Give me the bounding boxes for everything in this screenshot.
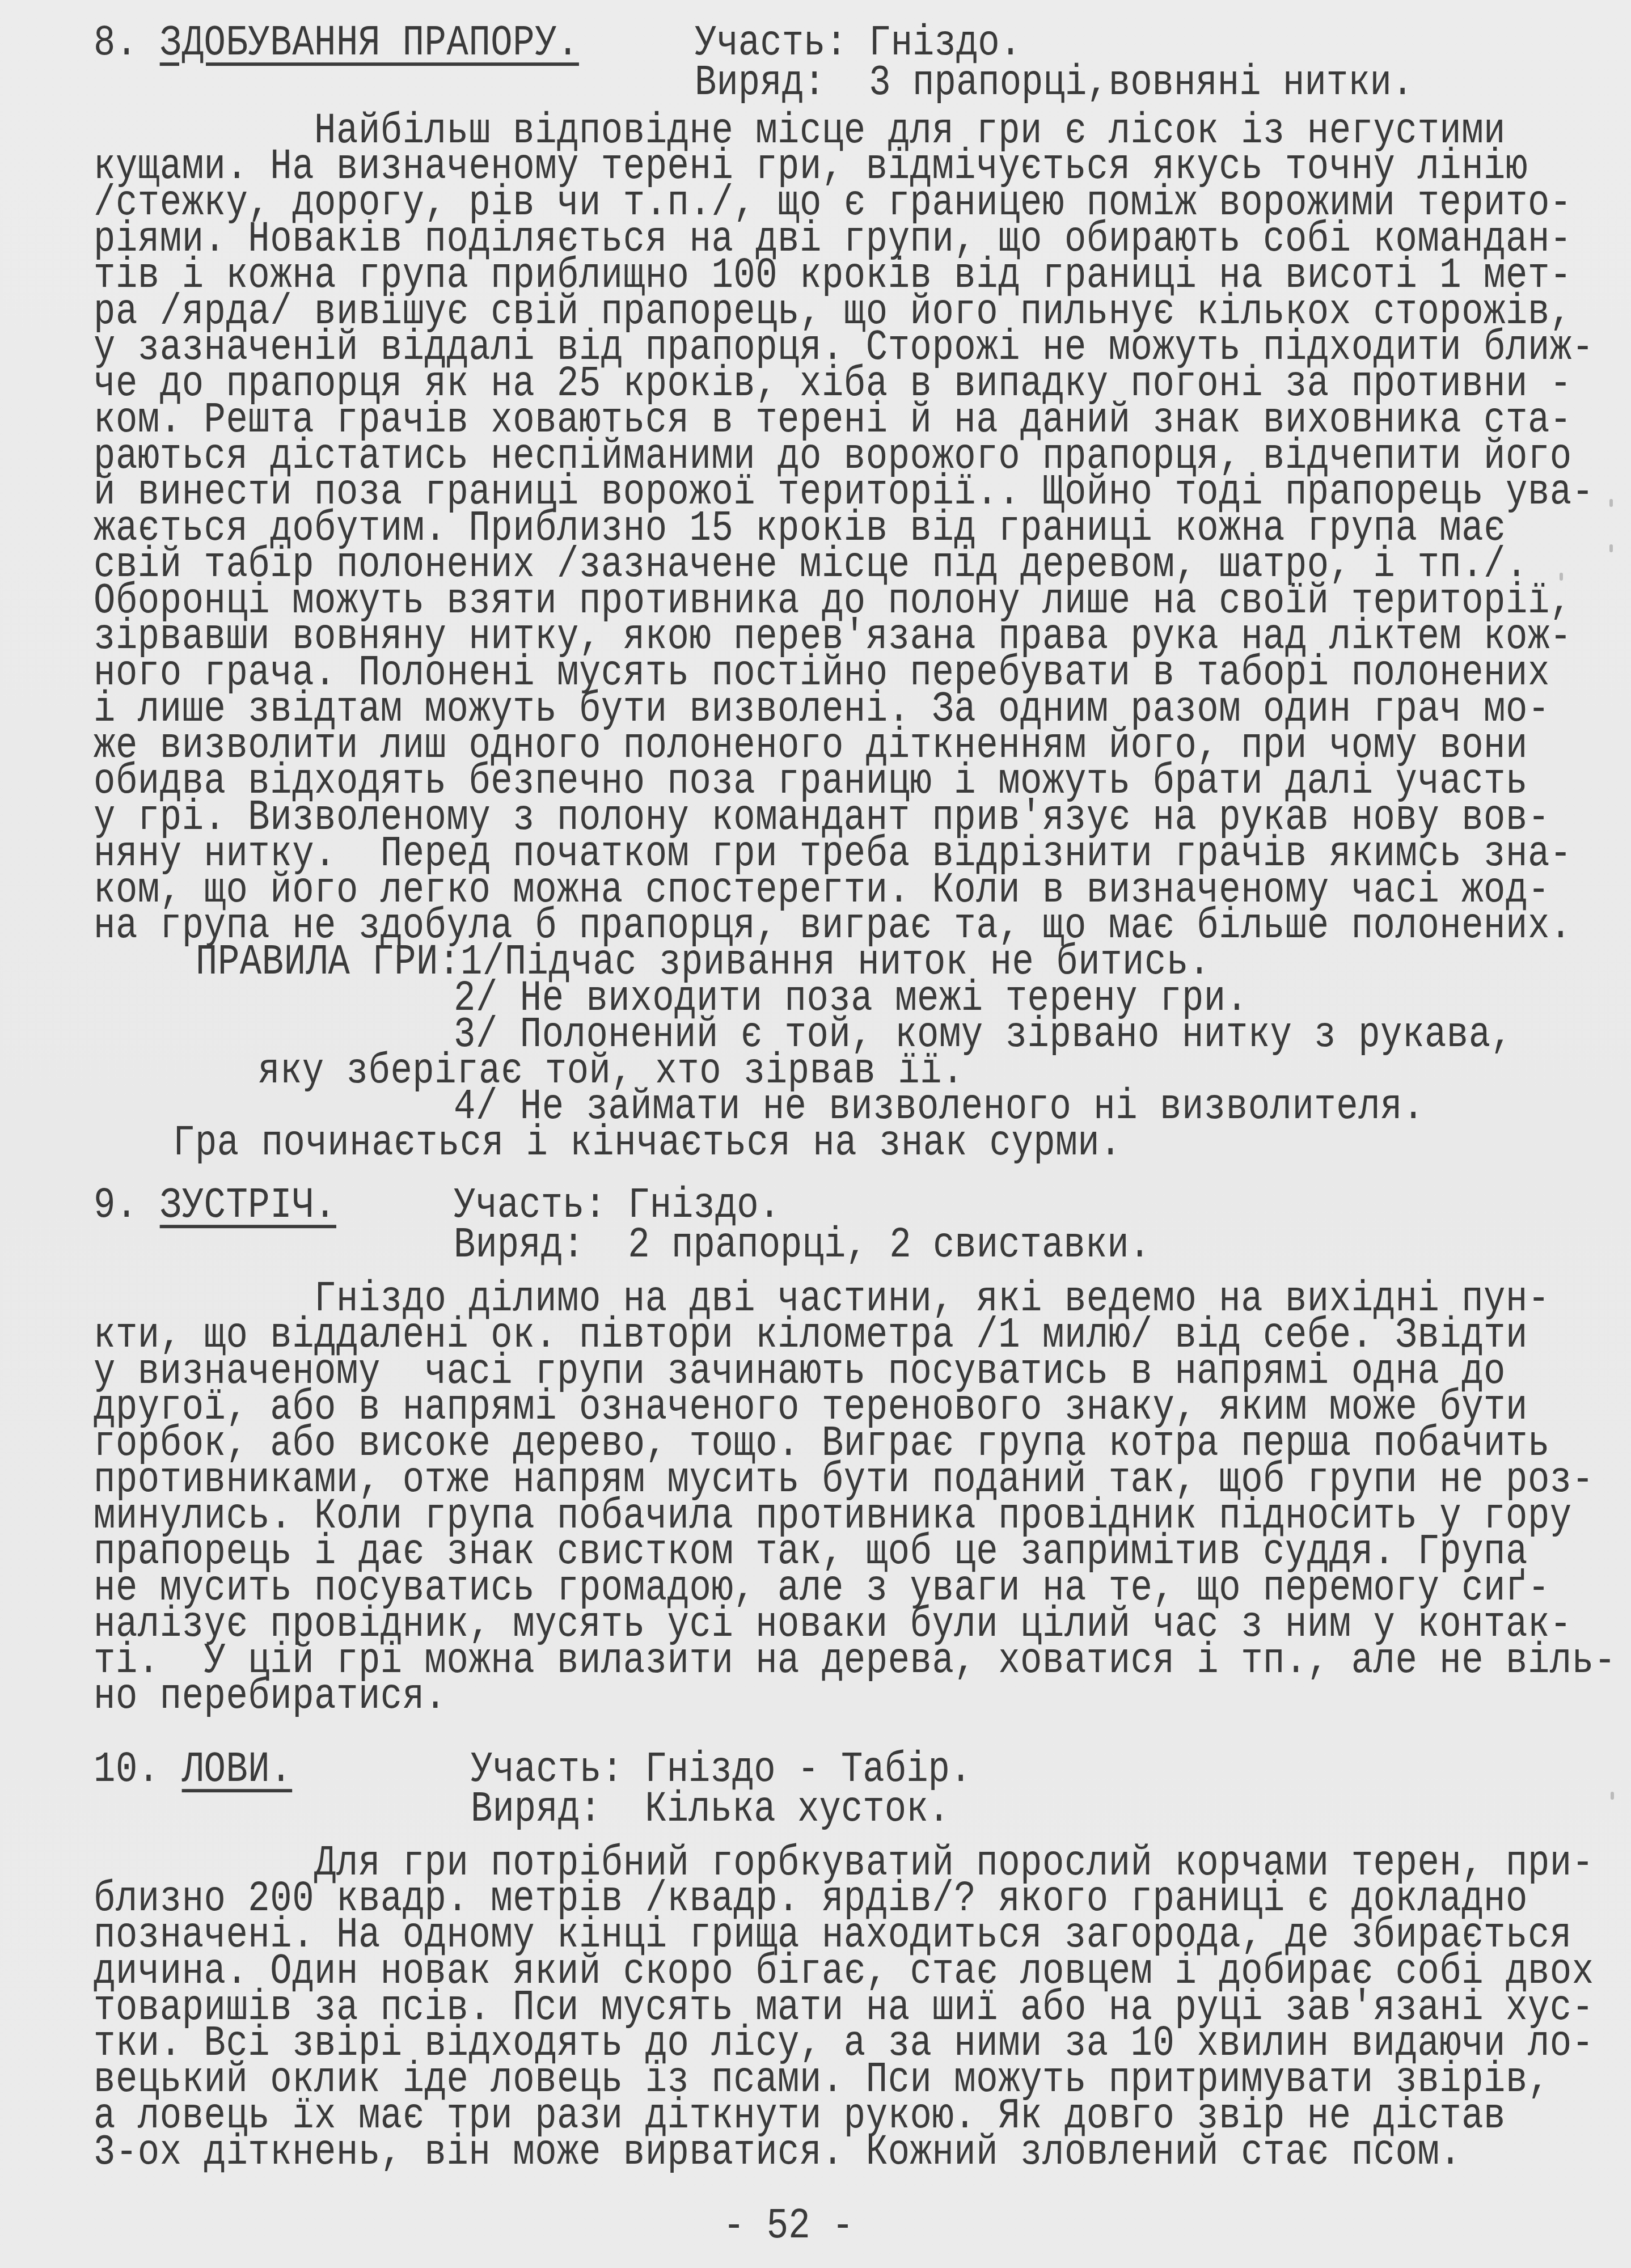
section-8-equipment: Виряд: 3 прапорці,вовняні нитки. xyxy=(695,57,1413,110)
section-10-equipment: Виряд: Кілька хусток. xyxy=(471,1783,950,1837)
section-9-heading: 9. ЗУСТРІЧ. xyxy=(94,1179,336,1233)
rules-closing: Гра починається і кінчається на знак сур… xyxy=(173,1117,1122,1170)
scan-speck xyxy=(1611,1792,1614,1800)
section-title: ЛОВИ. xyxy=(182,1746,293,1795)
section-10-heading: 10. ЛОВИ. xyxy=(94,1744,292,1797)
section-number: 10. xyxy=(94,1746,160,1795)
section-title: ЗДОБУВАННЯ ПРАПОРУ. xyxy=(160,20,579,68)
scan-speck xyxy=(1609,544,1613,552)
page-number: - 52 - xyxy=(723,2200,853,2253)
scan-speck xyxy=(1560,573,1563,581)
section-title: ЗУСТРІЧ. xyxy=(160,1182,336,1230)
section-number: 9. xyxy=(94,1182,138,1230)
body-line: 3-ох діткнень, він може вирватися. Кожни… xyxy=(94,2126,1461,2180)
section-8-heading: 8. ЗДОБУВАННЯ ПРАПОРУ. xyxy=(94,17,579,70)
scan-speck xyxy=(1609,499,1613,507)
body-line: но перебиратися. xyxy=(94,1670,447,1724)
rules-label: ПРАВИЛА ГРИ: xyxy=(196,939,460,987)
section-9-equipment: Виряд: 2 прапорці, 2 свиставки. xyxy=(454,1219,1151,1272)
document-page: 8. ЗДОБУВАННЯ ПРАПОРУ. Участь: Гніздо. В… xyxy=(0,0,1631,2268)
section-number: 8. xyxy=(94,20,138,68)
